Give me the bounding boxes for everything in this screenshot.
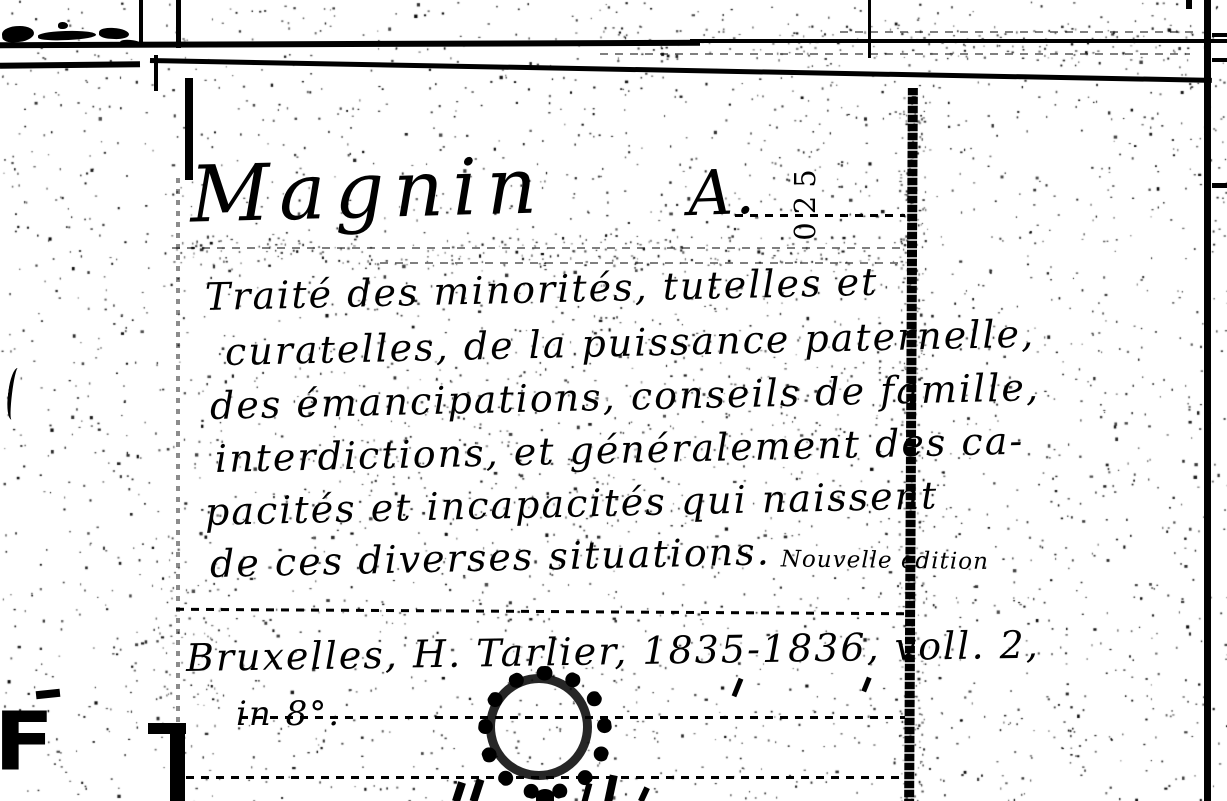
scan-noise — [0, 0, 1227, 801]
scanned-catalog-card-page: Magnin A. 025 Traité des minorités, tute… — [0, 0, 1227, 801]
